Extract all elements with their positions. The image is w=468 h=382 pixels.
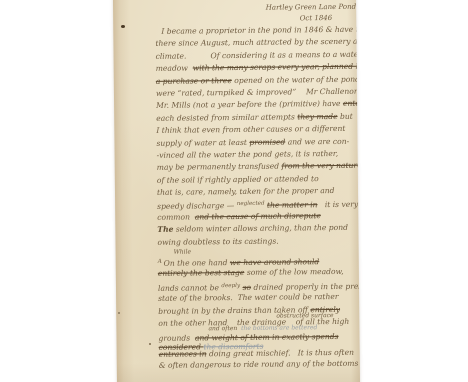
handwritten-text: I think that even from other causes or a…	[156, 124, 345, 135]
manuscript-line: speedy discharge — neglected the matter …	[157, 197, 358, 211]
handwritten-text: each desisted from similar attempts	[156, 112, 297, 122]
handwritten-text: and we are con-	[285, 136, 349, 146]
handwritten-text: it is very	[318, 200, 361, 209]
manuscript-line: & often dangerous to ride round any of t…	[159, 357, 360, 371]
struck-handwritten-text: from the very nature	[281, 161, 360, 171]
handwritten-text: neglected	[237, 201, 265, 207]
handwritten-text: owing doubtless to its castings.	[157, 236, 278, 246]
struck-handwritten-text: entered,	[343, 99, 360, 108]
handwritten-text: opened on the water of the pond	[232, 74, 360, 84]
struck-handwritten-text: so	[242, 283, 251, 292]
handwritten-text: seldom winter allows arching, than the p…	[173, 223, 348, 234]
struck-handwritten-text: a purchase or three	[156, 76, 232, 86]
paper-blemish	[118, 312, 120, 314]
paper-blemish	[149, 343, 151, 345]
handwritten-text: may be permanently transfused	[157, 162, 282, 172]
struck-handwritten-text: the matter in	[267, 201, 318, 211]
handwritten-text: drained properly in the present	[251, 281, 360, 291]
handwritten-text: there since August, much attracted by th…	[155, 37, 360, 48]
handwritten-text: some of the low meadow,	[244, 267, 343, 277]
handwritten-text: state of the brooks. The water could be …	[158, 292, 338, 303]
handwritten-text: -vinced all the water the pond gets, it …	[157, 149, 339, 160]
handwritten-text: common	[157, 212, 195, 221]
manuscript-text: Hartley Green Lane Pond Oct 1846 I becam…	[113, 0, 360, 372]
manuscript-line: The seldom winter allows arching, than t…	[157, 222, 358, 236]
handwritten-text: climate. Of considering it as a means to…	[156, 49, 361, 60]
handwritten-text: speedy discharge —	[157, 201, 237, 211]
handwritten-text: The	[157, 225, 173, 234]
header-block: Hartley Green Lane Pond Oct 1846	[155, 2, 356, 26]
handwritten-text: & often dangerous to ride round any of t…	[159, 358, 359, 369]
struck-handwritten-text: promised	[249, 137, 285, 146]
paper-blemish	[121, 25, 125, 28]
handwritten-text: were “rated, turnpiked & improved” Mr Ch…	[156, 87, 360, 98]
handwritten-text: meadow	[156, 64, 193, 73]
handwritten-text: lands cannot be	[158, 283, 221, 293]
struck-handwritten-text: with the many scraps every year, planned…	[193, 62, 360, 73]
struck-handwritten-text: and the cause of much disrepute	[195, 211, 321, 221]
handwritten-text: doing great mischief. It is thus often	[207, 348, 354, 359]
handwritten-text: Mr. Mills (not a year before the (primit…	[156, 99, 343, 110]
manuscript-line: may be permanently transfused from the v…	[157, 160, 358, 174]
struck-handwritten-text: we have around should	[230, 257, 319, 267]
handwritten-text: supply of water at least	[156, 137, 249, 147]
struck-handwritten-text: they made	[297, 112, 337, 121]
photo-background: Hartley Green Lane Pond Oct 1846 I becam…	[0, 0, 468, 382]
struck-handwritten-text: entirely the best stage	[158, 268, 245, 278]
handwritten-text: that is, care, namely, taken for the pro…	[157, 186, 335, 197]
handwritten-text: deeply	[221, 283, 240, 289]
handwritten-text: but	[338, 112, 353, 121]
struck-handwritten-text: entrances in	[159, 349, 207, 359]
handwritten-text: I became a proprietor in the pond in 184…	[161, 24, 360, 35]
body-lines: I became a proprietor in the pond in 184…	[155, 24, 360, 372]
manuscript-page: Hartley Green Lane Pond Oct 1846 I becam…	[113, 0, 360, 382]
handwritten-text: of the soil if rightly applied or attend…	[157, 174, 319, 185]
handwritten-text: On the one hand	[164, 258, 230, 268]
